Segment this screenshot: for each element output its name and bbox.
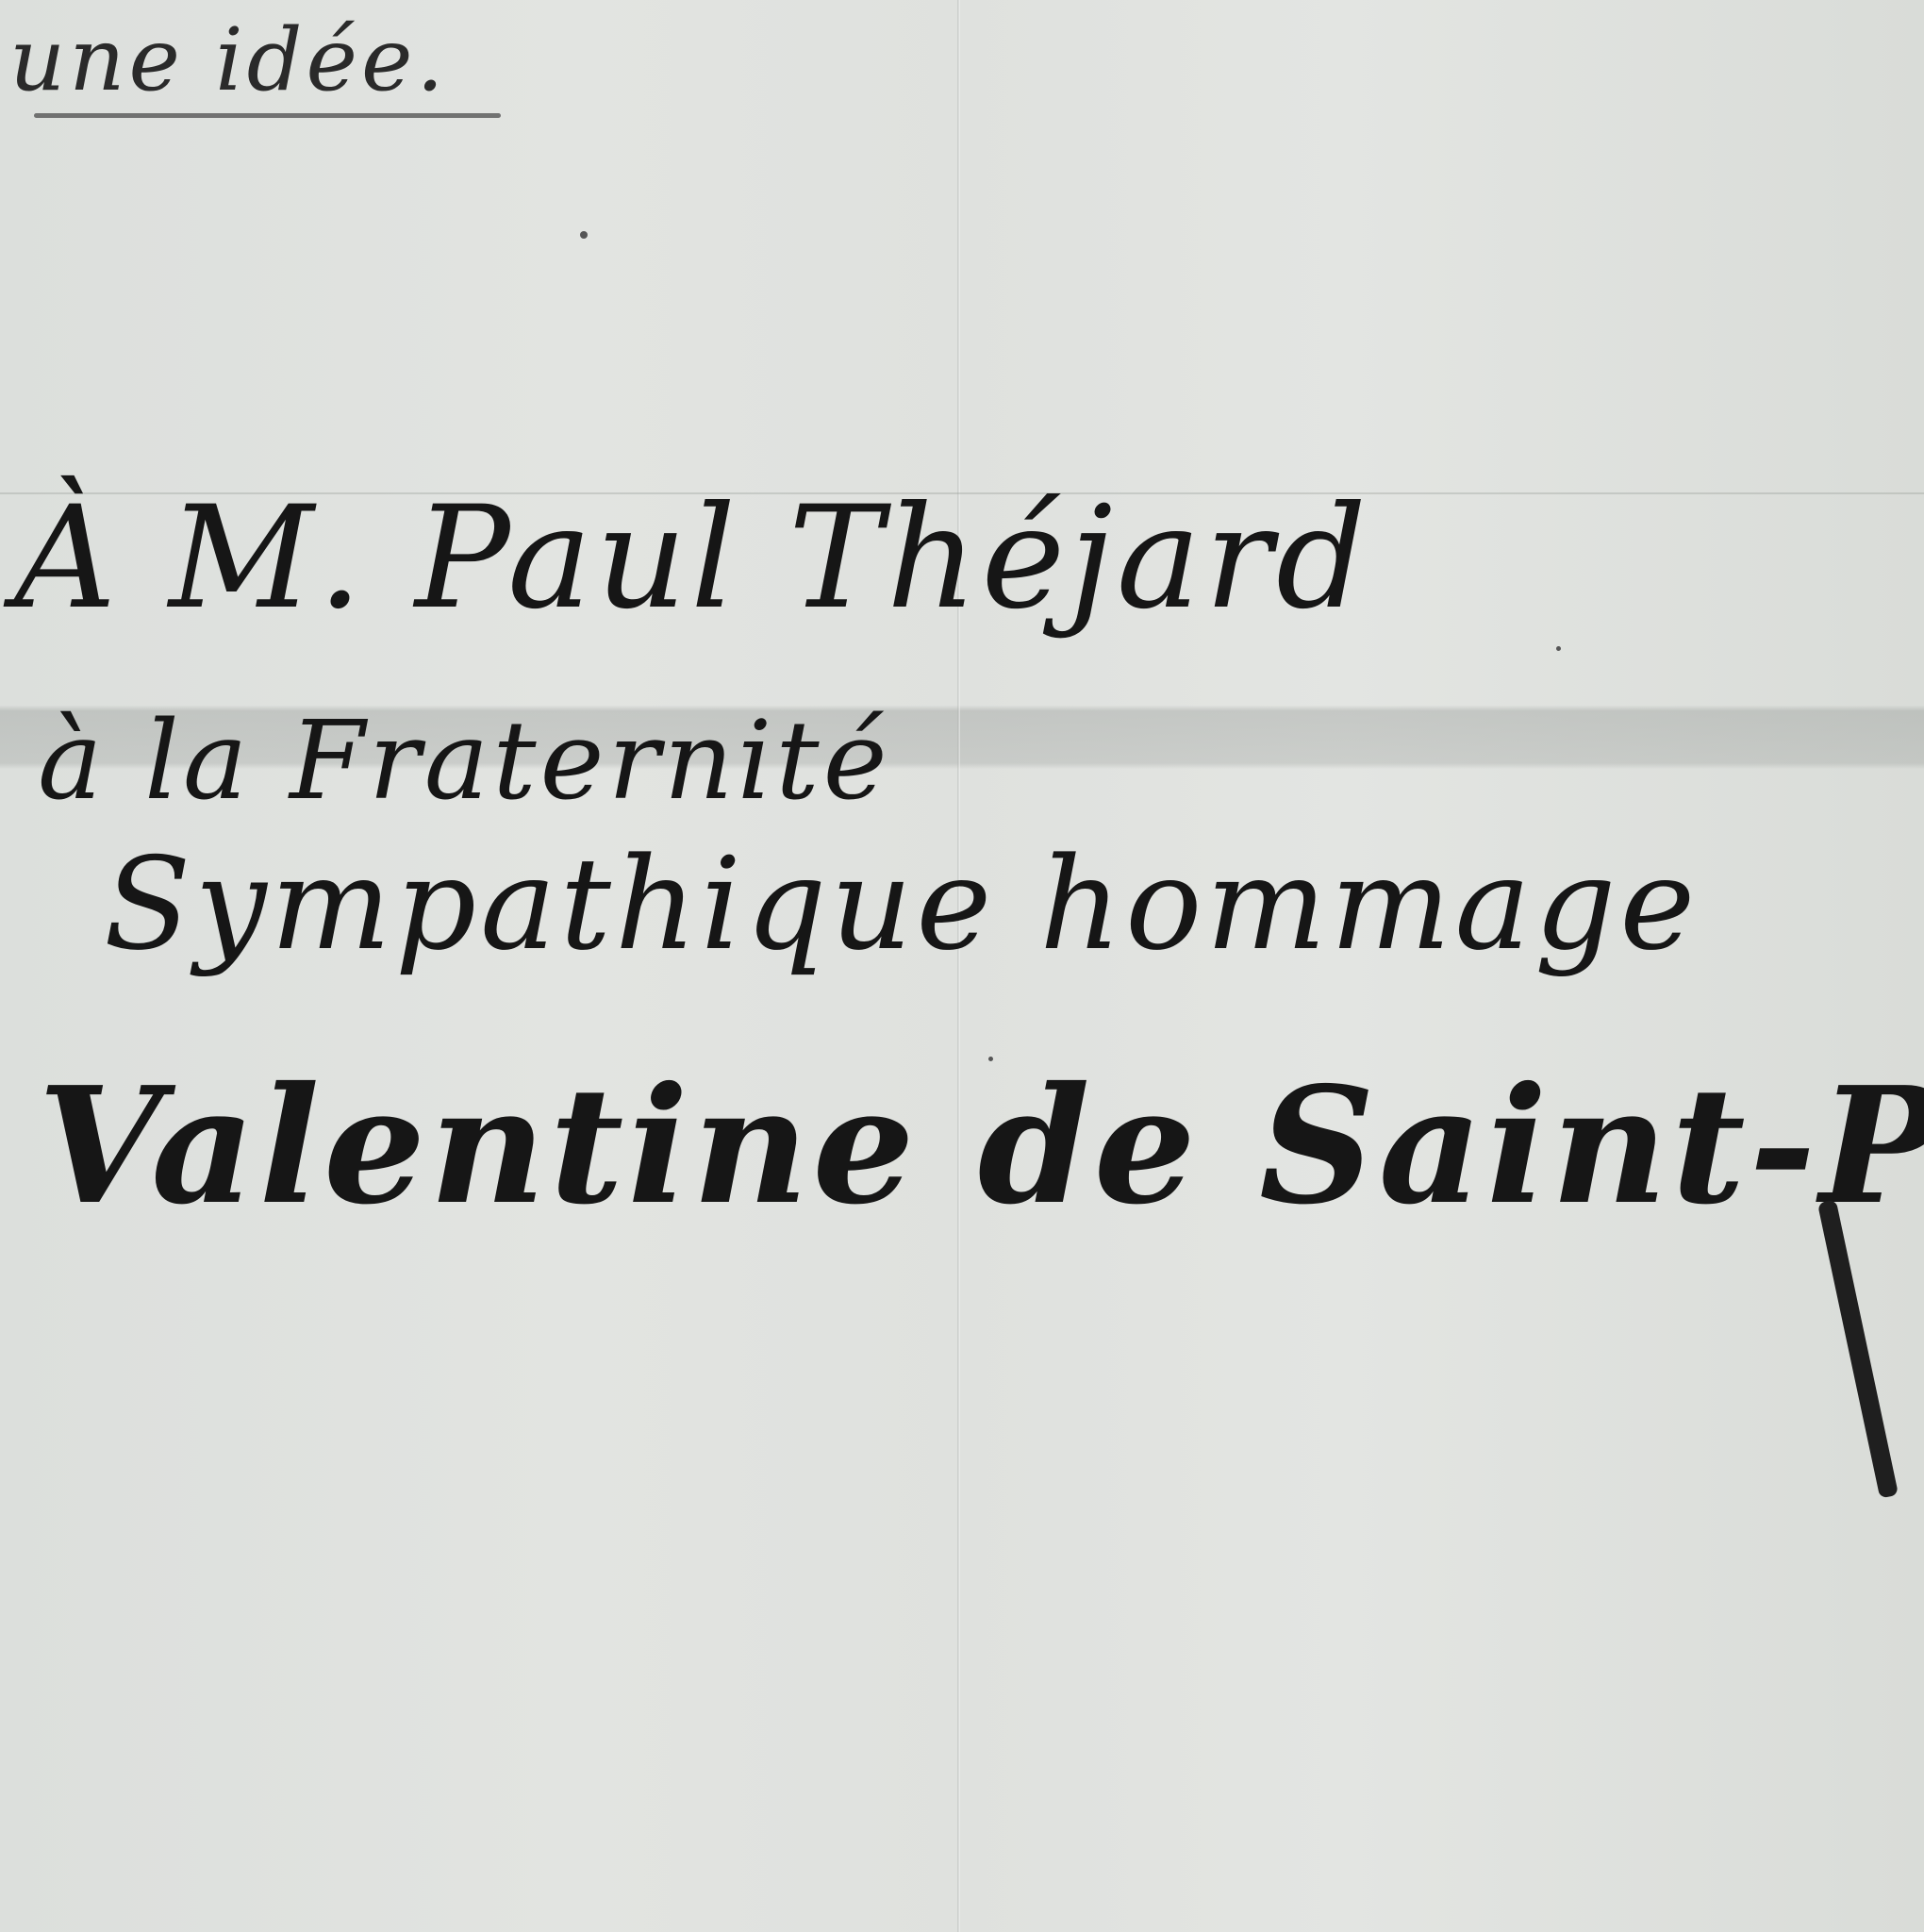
signature: Valentine de Saint-Point <box>38 1052 1924 1241</box>
closing-fragment-underline <box>34 113 501 118</box>
addressee-text: À M. Paul Théjard <box>14 476 1370 641</box>
ink-speck <box>1556 646 1561 651</box>
closing-fragment-text: une idée. <box>9 9 448 110</box>
ink-speck <box>988 1057 993 1061</box>
ink-speck <box>580 231 588 239</box>
dedication-line-2: Sympathique hommage <box>104 830 1699 978</box>
dedication-line-1: à la Fraternité <box>38 698 891 824</box>
